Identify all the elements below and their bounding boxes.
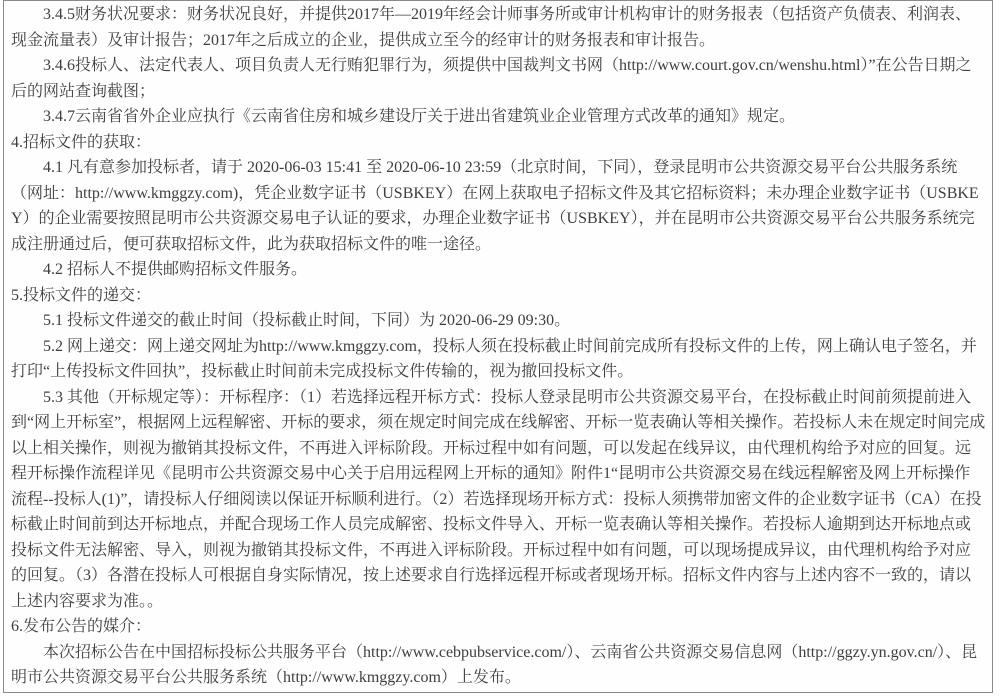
section-heading: 4.招标文件的获取： [11, 130, 986, 156]
document-body: 3.4.5财务状况要求：财务状况良好，并提供2017年—2019年经会计师事务所… [11, 2, 986, 691]
document-frame: 3.4.5财务状况要求：财务状况良好，并提供2017年—2019年经会计师事务所… [3, 0, 993, 693]
section-heading: 6.发布公告的媒介： [11, 614, 986, 640]
paragraph: 3.4.7云南省省外企业应执行《云南省住房和城乡建设厅关于进出省建筑业企业管理方… [11, 104, 986, 130]
paragraph: 4.2 招标人不提供邮购招标文件服务。 [11, 257, 986, 283]
paragraph: 3.4.6投标人、法定代表人、项目负责人无行贿犯罪行为，须提供中国裁判文书网（h… [11, 53, 986, 104]
paragraph: 5.2 网上递交：网上递交网址为http://www.kmggzy.com，投标… [11, 334, 986, 385]
paragraph: 5.3 其他（开标规定等）：开标程序：（1）若选择远程开标方式：投标人登录昆明市… [11, 385, 986, 615]
section-heading: 5.投标文件的递交： [11, 283, 986, 309]
paragraph: 3.4.5财务状况要求：财务状况良好，并提供2017年—2019年经会计师事务所… [11, 2, 986, 53]
paragraph: 4.1 凡有意参加投标者，请于 2020-06-03 15:41 至 2020-… [11, 155, 986, 257]
paragraph: 本次招标公告在中国招标投标公共服务平台（http://www.cebpubser… [11, 640, 986, 691]
paragraph: 5.1 投标文件递交的截止时间（投标截止时间，下同）为 2020-06-29 0… [11, 308, 986, 334]
